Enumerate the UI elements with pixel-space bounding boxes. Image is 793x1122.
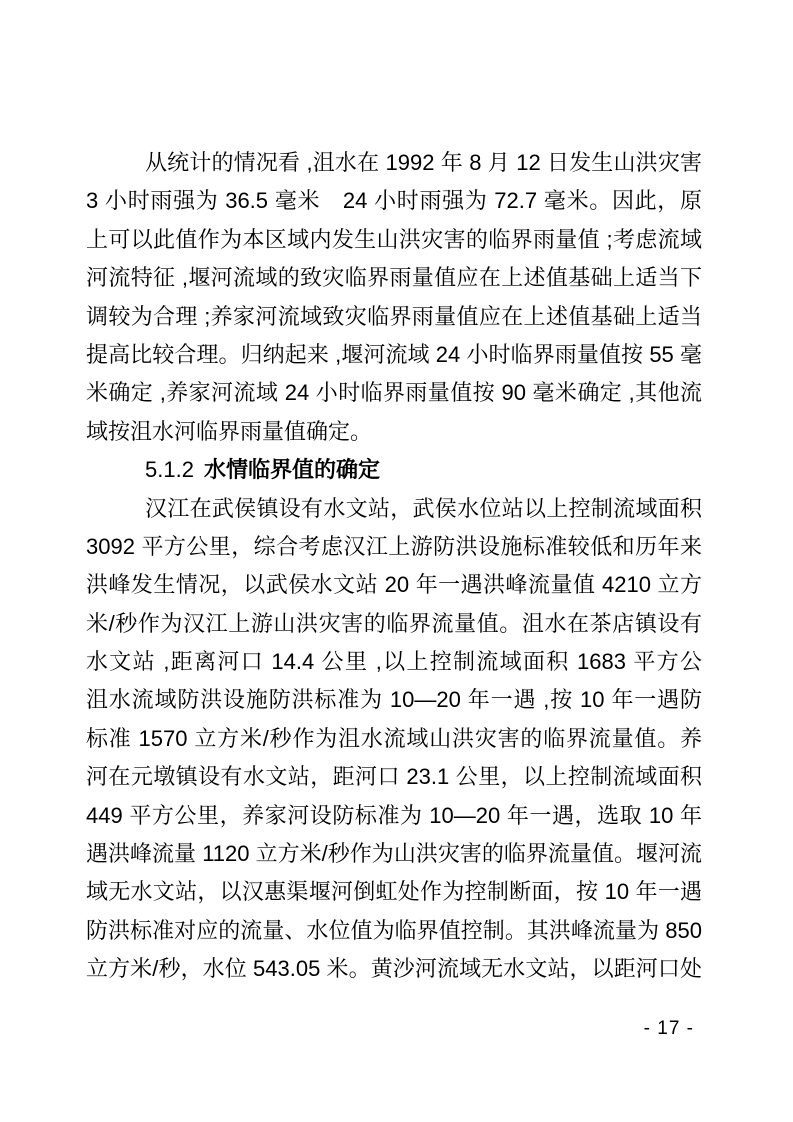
paragraph-line: 米确定 ,养家河流域 24 小时临界雨量值按 90 毫米确定 ,其他流 [86, 374, 702, 412]
paragraph-line: 立方米/秒，水位 543.05 米。黄沙河流域无水文站，以距河口处 [86, 950, 702, 988]
paragraph-line: 标准 1570 立方米/秒作为沮水流域山洪灾害的临界流量值。养家 [86, 720, 702, 758]
paragraph-line: 域按沮水河临界雨量值确定。 [86, 413, 702, 451]
paragraph-line: 沮水流域防洪设施防洪标准为 10—20 年一遇 ,按 10 年一遇防洪 [86, 681, 702, 719]
paragraph-line: 河在元墩镇设有水文站，距河口 23.1 公里，以上控制流域面积 [86, 758, 702, 796]
paragraph-line: 提高比较合理。归纳起来 ,堰河流域 24 小时临界雨量值按 55 毫 [86, 336, 702, 374]
paragraph-line: 遇洪峰流量 1120 立方米/秒作为山洪灾害的临界流量值。堰河流 [86, 835, 702, 873]
paragraph-line: 河流特征 ,堰河流域的致灾临界雨量值应在上述值基础上适当下 [86, 259, 702, 297]
paragraph-line: 防洪标准对应的流量、水位值为临界值控制。其洪峰流量为 850 [86, 912, 702, 950]
paragraph-line: 3092 平方公里，综合考虑汉江上游防洪设施标准较低和历年来 [86, 528, 702, 566]
paragraph-line: 449 平方公里，养家河设防标准为 10—20 年一遇，选取 10 年一 [86, 797, 702, 835]
heading-title: 水情临界值的确定 [204, 457, 380, 482]
paragraph-line: 汉江在武侯镇设有水文站，武侯水位站以上控制流域面积 [86, 490, 702, 528]
paragraph-line: 米/秒作为汉江上游山洪灾害的临界流量值。沮水在茶店镇设有 [86, 605, 702, 643]
paragraph-line: 从统计的情况看 ,沮水在 1992 年 8 月 12 日发生山洪灾害时 ， [86, 144, 702, 182]
heading-number: 5.1.2 [145, 457, 194, 482]
document-page: 从统计的情况看 ,沮水在 1992 年 8 月 12 日发生山洪灾害时 ， 3 … [0, 0, 793, 1122]
paragraph-line: 洪峰发生情况，以武侯水文站 20 年一遇洪峰流量值 4210 立方 [86, 566, 702, 604]
paragraph-line: 水文站 ,距离河口 14.4 公里 ,以上控制流域面积 1683 平方公里， [86, 643, 702, 681]
page-number: - 17 - [86, 1016, 694, 1042]
paragraph-line: 上可以此值作为本区域内发生山洪灾害的临界雨量值 ;考虑流域 [86, 221, 702, 259]
paragraph-line: 3 小时雨强为 36.5 毫米 24 小时雨强为 72.7 毫米。因此，原则 [86, 182, 702, 220]
section-heading: 5.1.2水情临界值的确定 [86, 451, 702, 489]
paragraph-line: 调较为合理 ;养家河流域致灾临界雨量值应在上述值基础上适当 [86, 298, 702, 336]
paragraph-line: 域无水文站，以汉惠渠堰河倒虹处作为控制断面，按 10 年一遇 [86, 873, 702, 911]
body-text: 从统计的情况看 ,沮水在 1992 年 8 月 12 日发生山洪灾害时 ， 3 … [86, 144, 702, 989]
